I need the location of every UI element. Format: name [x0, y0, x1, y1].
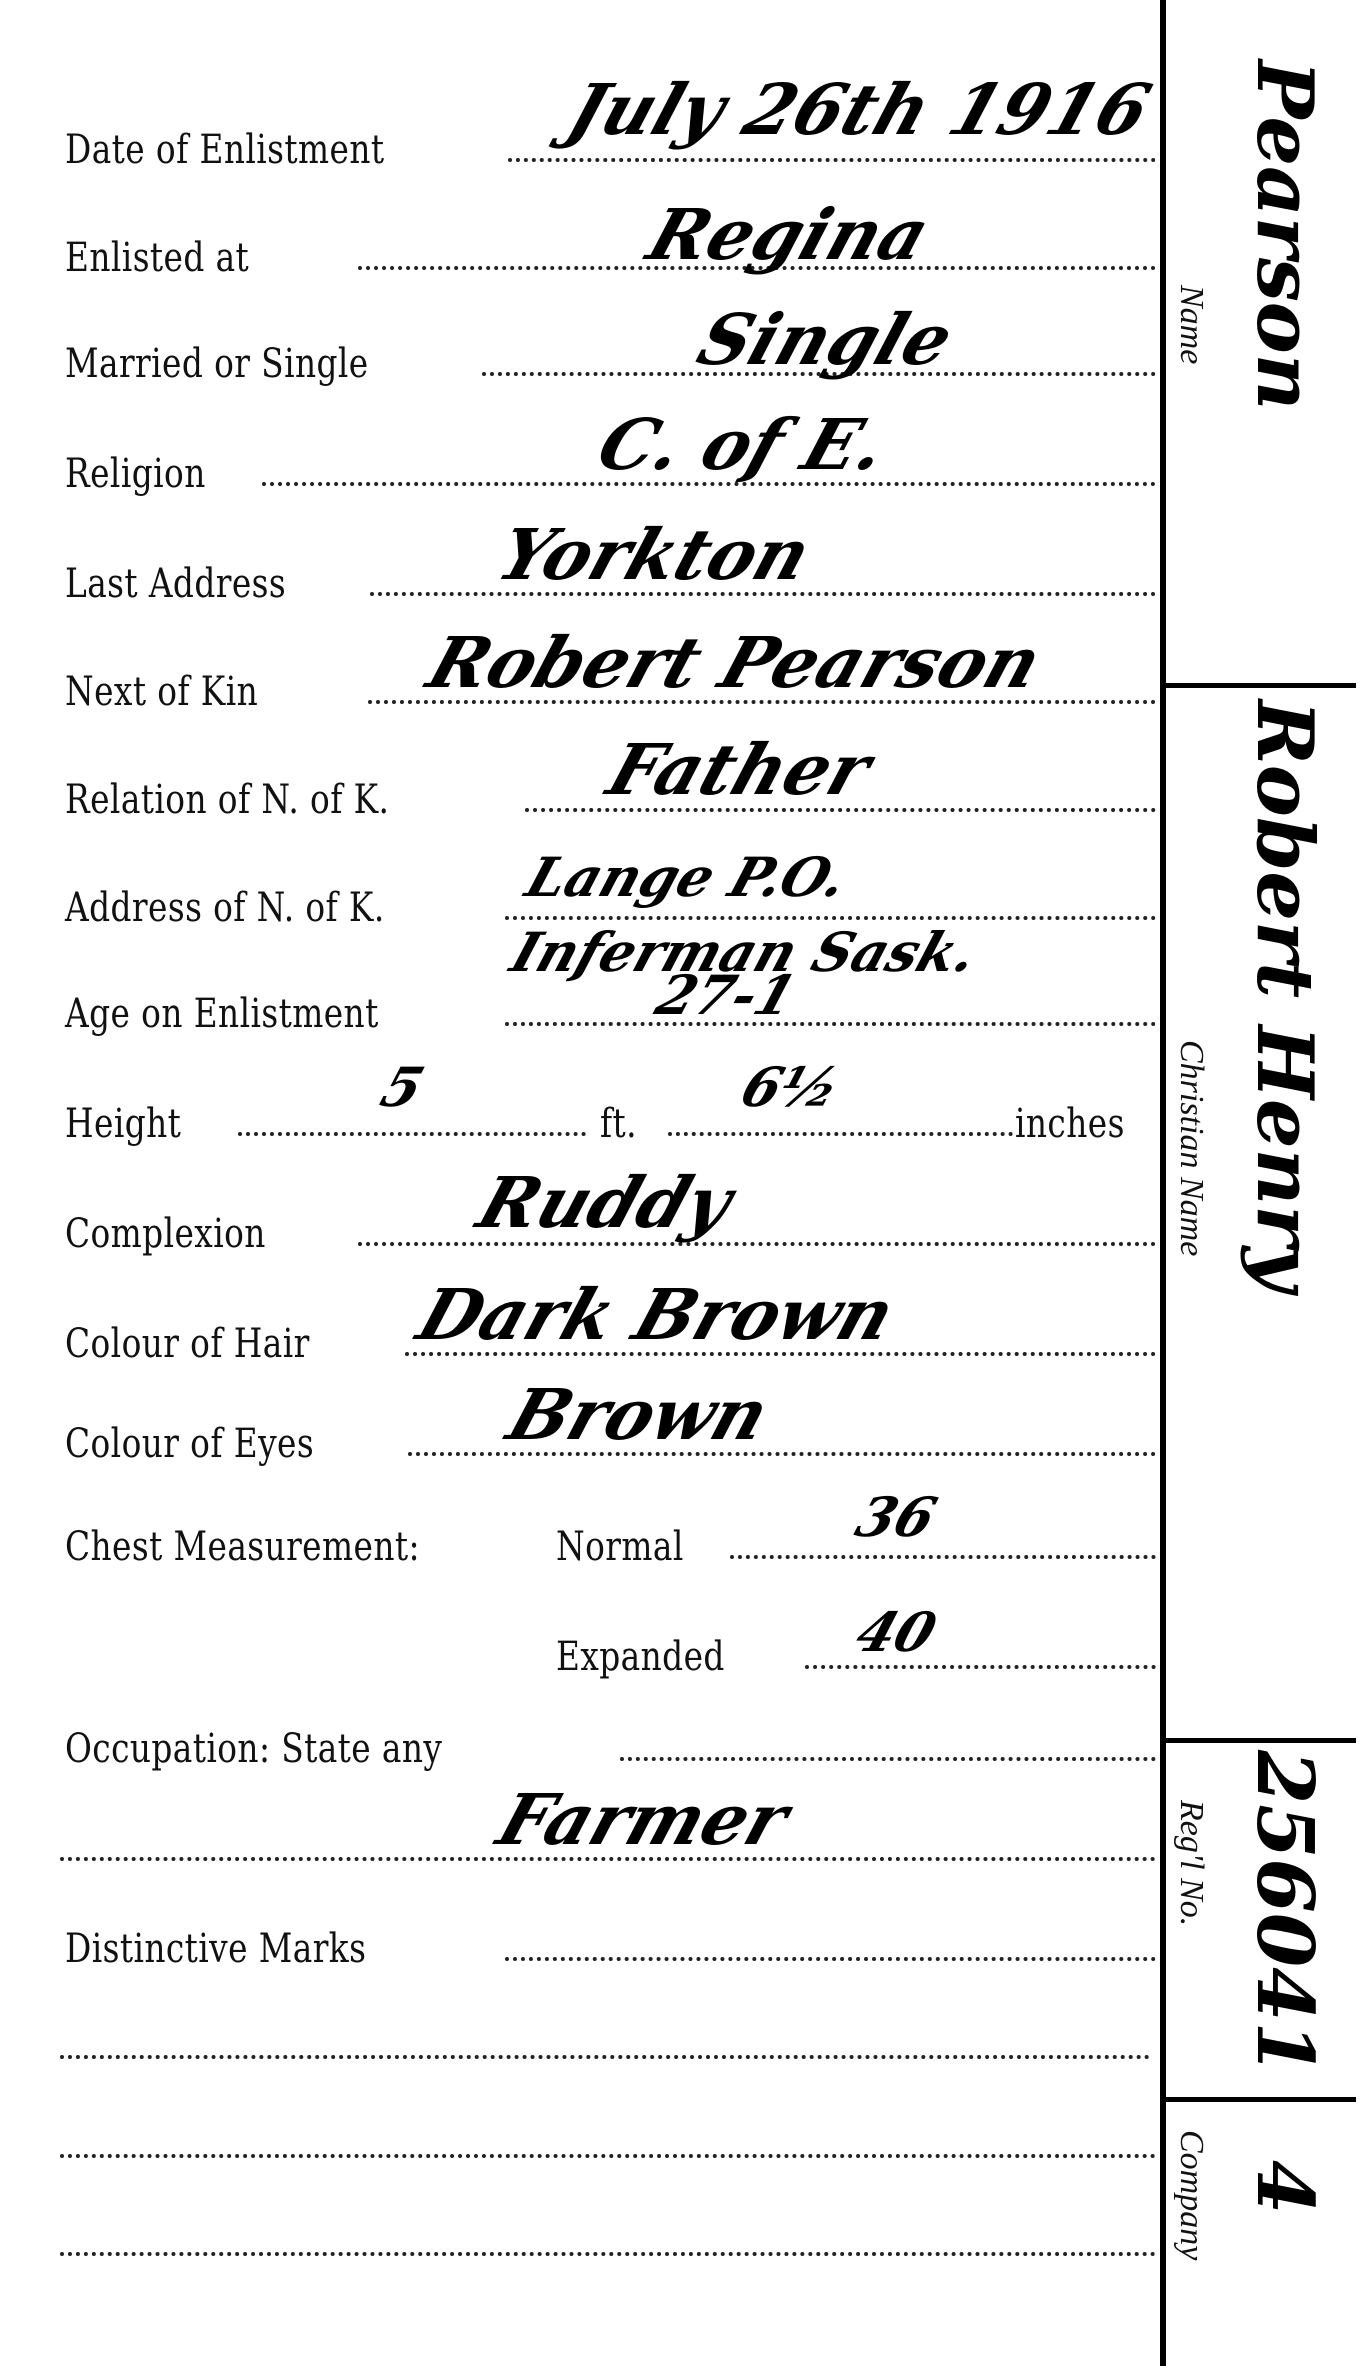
sidebar-value-christian-name: Robert Henry	[1239, 700, 1330, 1292]
label-religion: Religion	[65, 454, 206, 494]
dotted-line	[668, 1132, 1013, 1136]
label-occupation: Occupation: State any	[65, 1729, 442, 1769]
dotted-line	[505, 1022, 1156, 1026]
value-address-of-nok: Lange P.O.	[520, 850, 854, 904]
sidebar-label-company: Company	[1172, 2130, 1210, 2260]
value-height-inches: 6½	[735, 1060, 846, 1114]
label-chest-measurement: Chest Measurement:	[65, 1527, 420, 1567]
value-height-feet: 5	[375, 1060, 430, 1114]
label-height: Height	[65, 1104, 181, 1144]
value-next-of-kin: Robert Pearson	[420, 628, 1049, 698]
sidebar-label-name: Name	[1172, 285, 1210, 364]
value-enlisted-at: Regina	[640, 200, 937, 270]
value-colour-of-eyes: Brown	[500, 1380, 777, 1450]
label-height-inches: inches	[1015, 1104, 1125, 1144]
value-occupation: Farmer	[490, 1785, 796, 1855]
label-date-of-enlistment: Date of Enlistment	[65, 130, 384, 170]
sidebar-value-name: Pearson	[1239, 60, 1330, 410]
sidebar-divider	[1160, 0, 1166, 2366]
label-chest-expanded: Expanded	[556, 1637, 725, 1677]
value-complexion: Ruddy	[470, 1168, 740, 1238]
label-distinctive-marks: Distinctive Marks	[65, 1929, 366, 1969]
sidebar-value-company: 4	[1239, 2160, 1330, 2214]
label-complexion: Complexion	[65, 1214, 266, 1254]
sidebar-label-christian-name: Christian Name	[1172, 1040, 1210, 1256]
value-last-address: Yorkton	[490, 520, 819, 590]
dotted-line	[805, 1665, 1156, 1669]
value-religion: C. of E.	[590, 410, 895, 480]
sidebar-section-divider	[1166, 683, 1356, 688]
dotted-line	[60, 2154, 1156, 2158]
label-height-ft: ft.	[600, 1104, 637, 1144]
sidebar-label-regt-no: Reg'l No.	[1172, 1800, 1210, 1926]
label-address-of-nok: Address of N. of K.	[65, 888, 385, 928]
label-relation-of-nok: Relation of N. of K.	[65, 780, 389, 820]
label-enlisted-at: Enlisted at	[65, 238, 249, 278]
value-chest-expanded: 40	[850, 1605, 943, 1659]
label-colour-of-hair: Colour of Hair	[65, 1324, 310, 1364]
label-age-on-enlistment: Age on Enlistment	[65, 994, 379, 1034]
value-chest-normal: 36	[850, 1490, 943, 1544]
dotted-line	[238, 1132, 586, 1136]
value-age-on-enlistment: 27-1	[650, 968, 803, 1022]
label-chest-normal: Normal	[556, 1527, 684, 1567]
sidebar-value-regt-no: 256041	[1239, 1750, 1330, 2076]
dotted-line	[505, 1957, 1156, 1961]
dotted-line	[730, 1555, 1156, 1559]
label-colour-of-eyes: Colour of Eyes	[65, 1424, 314, 1464]
sidebar-section-divider	[1166, 1738, 1356, 1743]
label-last-address: Last Address	[65, 564, 286, 604]
dotted-line	[60, 2055, 1150, 2059]
value-married-or-single: Single	[690, 305, 961, 375]
dotted-line	[620, 1757, 1156, 1761]
value-date-of-enlistment: July 26th 1916	[560, 75, 1158, 145]
label-next-of-kin: Next of Kin	[65, 672, 258, 712]
value-colour-of-hair: Dark Brown	[410, 1280, 902, 1350]
value-relation-of-nok: Father	[600, 735, 879, 805]
dotted-line	[508, 158, 1156, 162]
dotted-line	[60, 2252, 1156, 2256]
sidebar-section-divider	[1166, 2097, 1356, 2102]
label-married-or-single: Married or Single	[65, 344, 369, 384]
